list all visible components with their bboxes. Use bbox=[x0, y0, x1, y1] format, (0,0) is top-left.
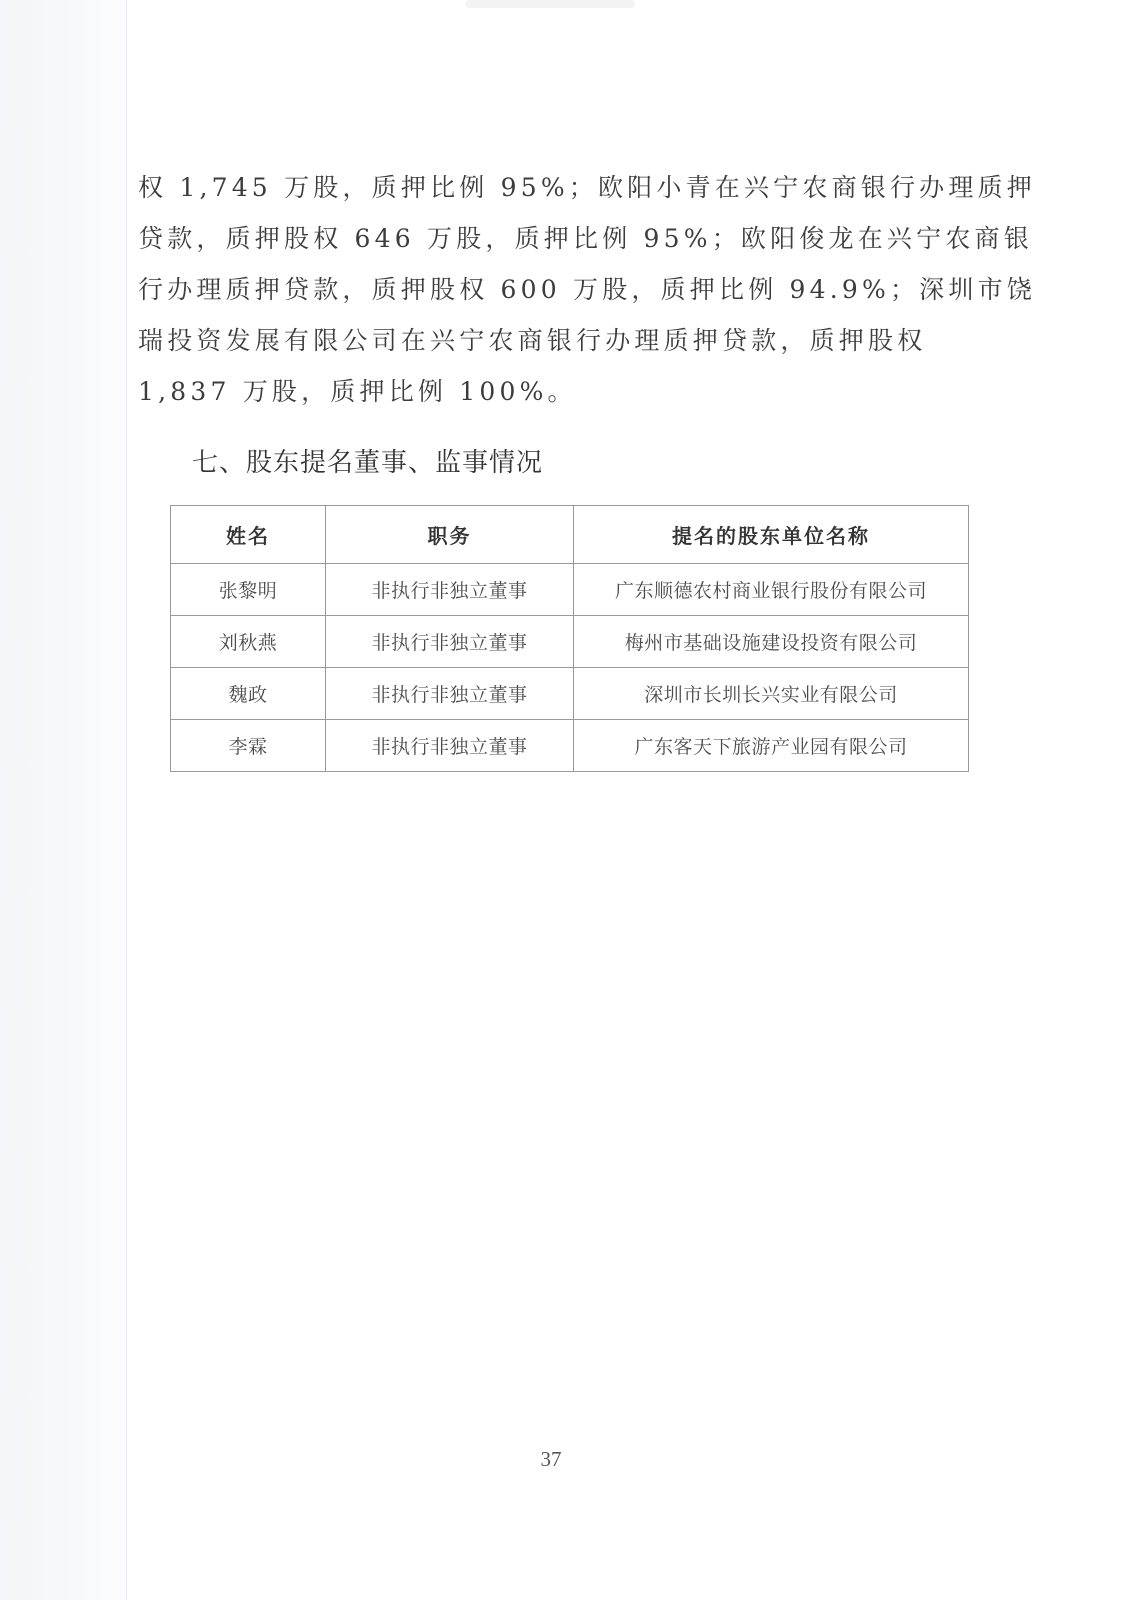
pledge-paragraph: 权 1,745 万股，质押比例 95%；欧阳小青在兴宁农商银行办理质押 贷款，质… bbox=[138, 162, 958, 417]
paragraph-line: 权 1,745 万股，质押比例 95%；欧阳小青在兴宁农商银行办理质押 bbox=[138, 162, 958, 213]
cell-name: 李霖 bbox=[171, 720, 326, 772]
page-number: 37 bbox=[0, 1447, 1102, 1472]
table-row: 张黎明 非执行非独立董事 广东顺德农村商业银行股份有限公司 bbox=[171, 564, 969, 616]
cell-shareholder: 广东客天下旅游产业园有限公司 bbox=[574, 720, 969, 772]
cell-shareholder: 广东顺德农村商业银行股份有限公司 bbox=[574, 564, 969, 616]
header-nominating-shareholder: 提名的股东单位名称 bbox=[574, 506, 969, 564]
header-name: 姓名 bbox=[171, 506, 326, 564]
scan-margin-shade bbox=[0, 0, 128, 1600]
cell-name: 刘秋燕 bbox=[171, 616, 326, 668]
cell-shareholder: 深圳市长圳长兴实业有限公司 bbox=[574, 668, 969, 720]
table-row: 刘秋燕 非执行非独立董事 梅州市基础设施建设投资有限公司 bbox=[171, 616, 969, 668]
cell-position: 非执行非独立董事 bbox=[326, 564, 574, 616]
paragraph-line: 行办理质押贷款，质押股权 600 万股，质押比例 94.9%；深圳市饶 bbox=[138, 264, 958, 315]
cell-position: 非执行非独立董事 bbox=[326, 668, 574, 720]
table-row: 魏政 非执行非独立董事 深圳市长圳长兴实业有限公司 bbox=[171, 668, 969, 720]
paragraph-line: 瑞投资发展有限公司在兴宁农商银行办理质押贷款，质押股权 bbox=[138, 315, 958, 366]
cell-name: 张黎明 bbox=[171, 564, 326, 616]
header-position: 职务 bbox=[326, 506, 574, 564]
nominated-directors-table: 姓名 职务 提名的股东单位名称 张黎明 非执行非独立董事 广东顺德农村商业银行股… bbox=[170, 505, 969, 772]
scan-bleedthrough bbox=[465, 0, 635, 8]
cell-position: 非执行非独立董事 bbox=[326, 720, 574, 772]
cell-shareholder: 梅州市基础设施建设投资有限公司 bbox=[574, 616, 969, 668]
section-heading: 七、股东提名董事、监事情况 bbox=[192, 442, 543, 479]
paragraph-line: 1,837 万股，质押比例 100%。 bbox=[138, 366, 958, 417]
paragraph-line: 贷款，质押股权 646 万股，质押比例 95%；欧阳俊龙在兴宁农商银 bbox=[138, 213, 958, 264]
cell-position: 非执行非独立董事 bbox=[326, 616, 574, 668]
cell-name: 魏政 bbox=[171, 668, 326, 720]
table-row: 李霖 非执行非独立董事 广东客天下旅游产业园有限公司 bbox=[171, 720, 969, 772]
scan-fold-line bbox=[126, 0, 127, 1600]
table-header-row: 姓名 职务 提名的股东单位名称 bbox=[171, 506, 969, 564]
